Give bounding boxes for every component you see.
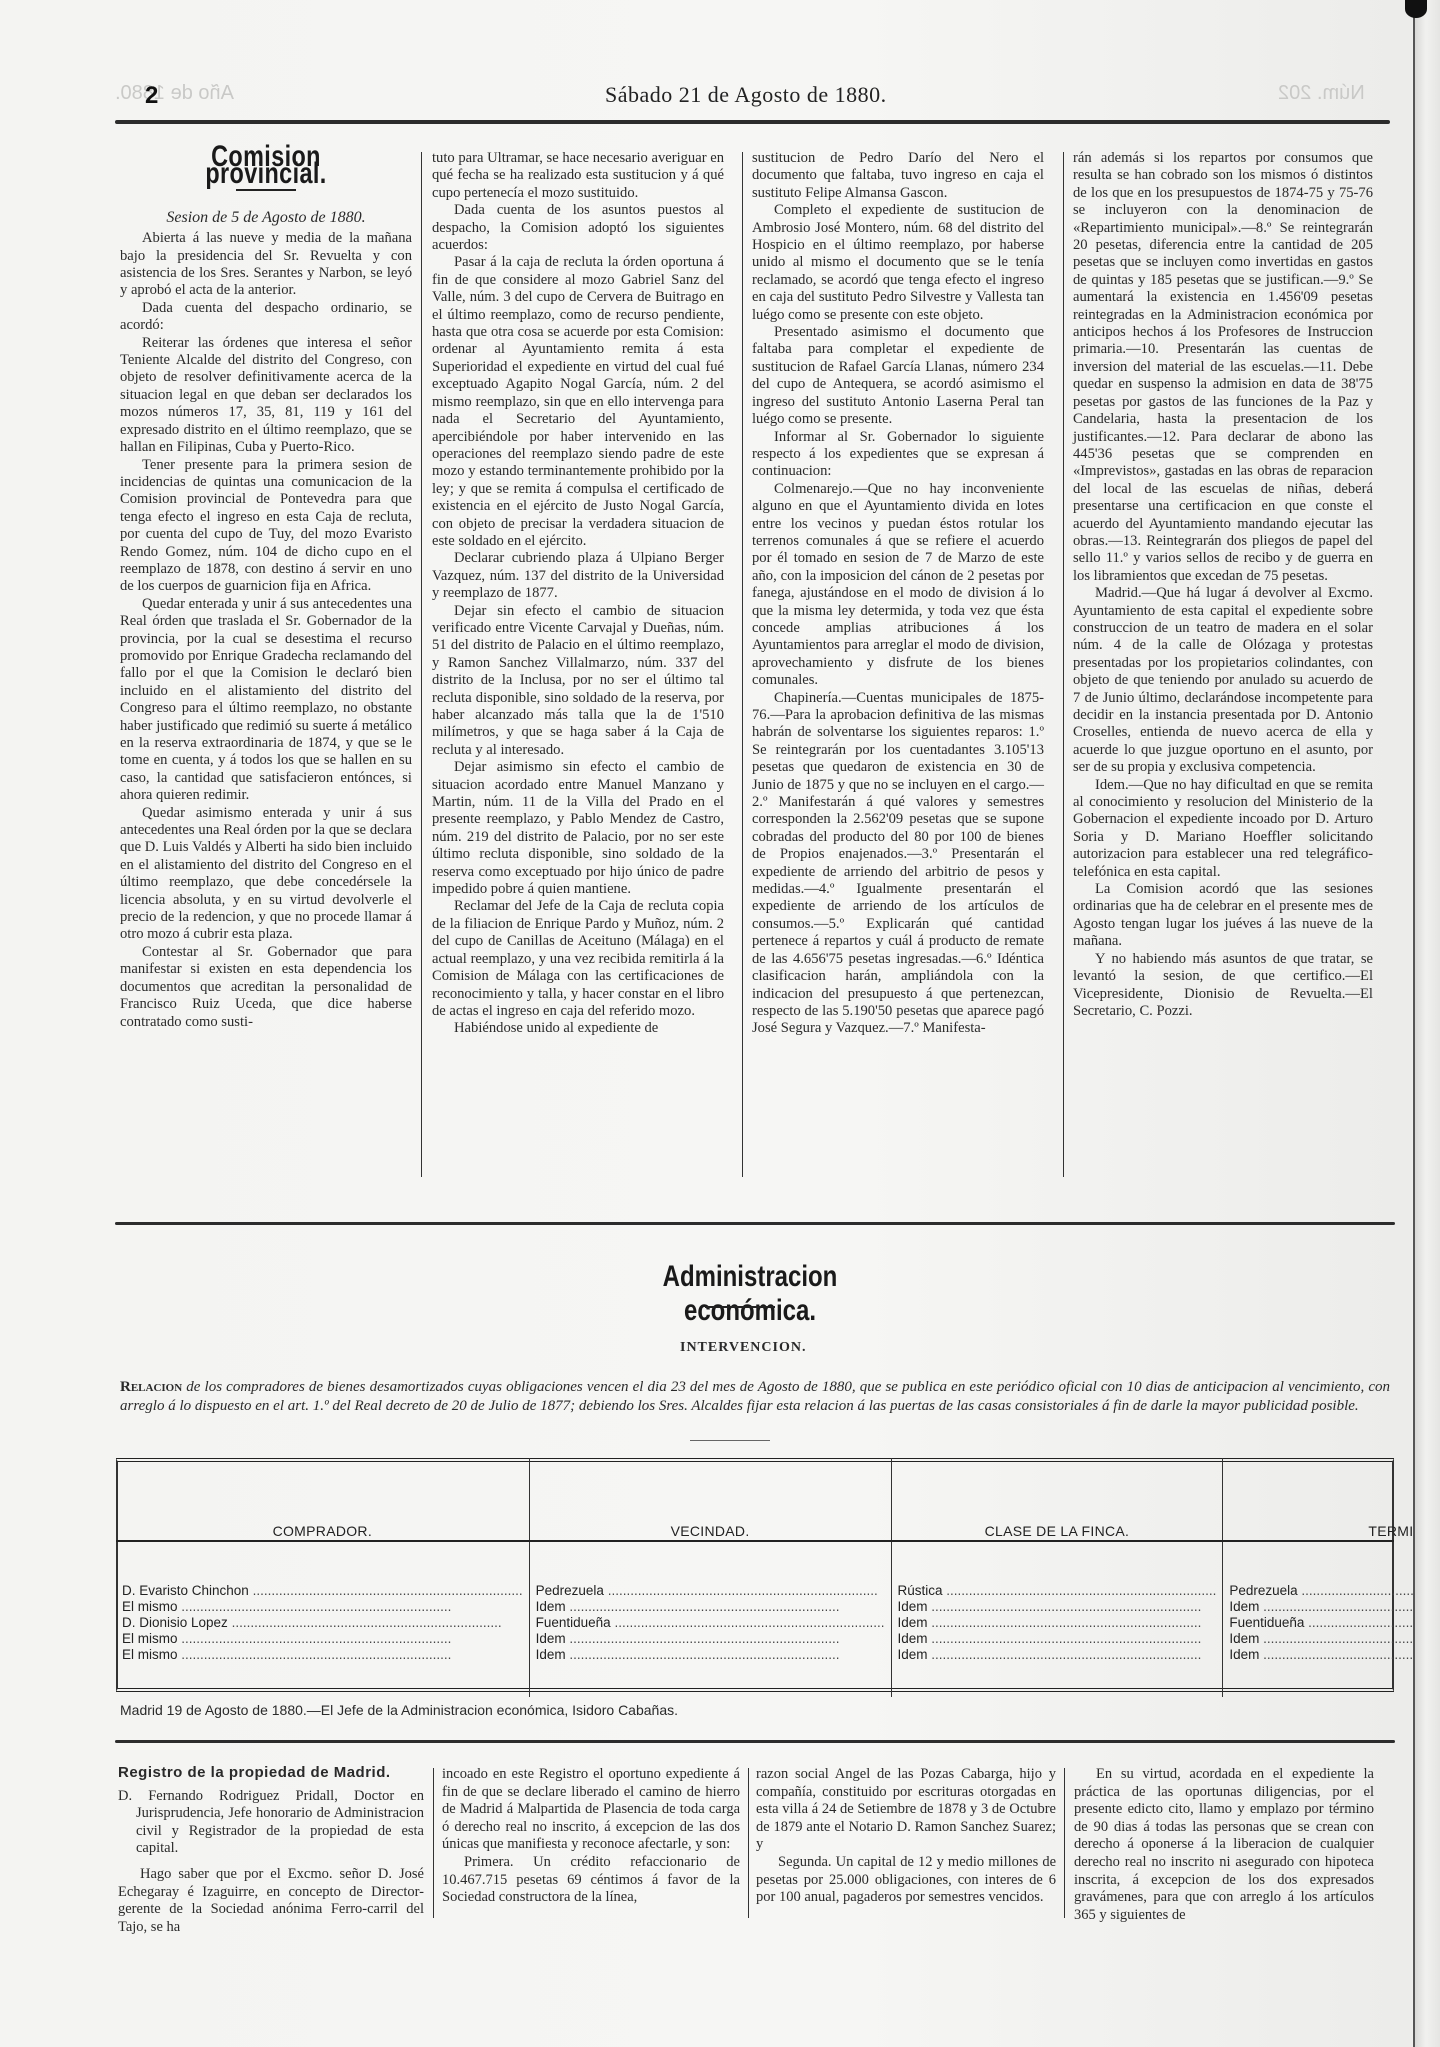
cell-vecindad: Idem: [529, 1599, 891, 1615]
cell-termino: Idem: [1223, 1599, 1440, 1615]
intervencion-subtitle: INTERVENCION.: [680, 1340, 806, 1356]
header-termino: TERMINO.: [1223, 1458, 1440, 1547]
column-divider: [1064, 1768, 1065, 1918]
table-header-row: COMPRADOR. VECINDAD. CLASE DE LA FINCA. …: [116, 1458, 1440, 1547]
cell-clase: Idem: [891, 1631, 1223, 1647]
show-through-year: Año de 1880.: [115, 82, 234, 105]
cell-comprador: El mismo: [116, 1647, 529, 1663]
issue-date: Sábado 21 de Agosto de 1880.: [605, 82, 887, 108]
paragraph: Tener presente para la primera sesion de…: [120, 457, 412, 596]
paragraph: Y no habiendo más asuntos de que tratar,…: [1073, 951, 1373, 1021]
paragraph: Primera. Un crédito refaccionario de 10.…: [442, 1854, 740, 1907]
paragraph: incoado en este Registro el oportuno exp…: [442, 1766, 740, 1854]
column-divider: [421, 152, 422, 1177]
paragraph: Abierta á las nueve y media de la mañana…: [120, 230, 412, 300]
paragraph: Dejar asimismo sin efecto el cambio de s…: [432, 759, 724, 898]
paragraph: Idem.—Que no hay dificultad en que se re…: [1073, 777, 1373, 881]
paragraph: rán además si los repartos por consumos …: [1073, 150, 1373, 585]
buyers-table: COMPRADOR. VECINDAD. CLASE DE LA FINCA. …: [116, 1458, 1440, 1697]
header-comprador: COMPRADOR.: [116, 1458, 529, 1547]
paragraph: Dada cuenta de los asuntos puestos al de…: [432, 202, 724, 254]
paragraph: Madrid.—Que há lugar á devolver al Excmo…: [1073, 585, 1373, 776]
paragraph: Quedar asimismo enterada y unir á sus an…: [120, 805, 412, 944]
paragraph: Informar al Sr. Gobernador lo siguiente …: [752, 429, 1044, 481]
paragraph: D. Fernando Rodriguez Pridall, Doctor en…: [118, 1788, 424, 1858]
administracion-title: Administracion económica.: [598, 1260, 902, 1328]
table-row: El mismo Idem Idem Idem Idem. 110'50: [116, 1647, 1440, 1663]
paragraph: Colmenarejo.—Que no hay inconveniente al…: [752, 481, 1044, 690]
registro-column-4: En su virtud, acordada en el expediente …: [1074, 1766, 1374, 1924]
registro-column-3: razon social Angel de las Pozas Cabarga,…: [756, 1766, 1056, 1907]
cell-termino: Idem: [1223, 1631, 1440, 1647]
cell-comprador: El mismo: [116, 1631, 529, 1647]
paragraph: Segunda. Un capital de 12 y medio millon…: [756, 1854, 1056, 1907]
registro-column-2: incoado en este Registro el oportuno exp…: [442, 1766, 740, 1907]
table-row: El mismo Idem Idem Idem Idem. 20'19: [116, 1599, 1440, 1615]
comision-column-1: Comision provincial. Sesion de 5 de Agos…: [120, 148, 412, 1031]
paragraph: Presentado asimismo el documento que fal…: [752, 324, 1044, 428]
header-vecindad: VECINDAD.: [529, 1458, 891, 1547]
cell-vecindad: Pedrezuela: [529, 1583, 891, 1599]
paragraph: razon social Angel de las Pozas Cabarga,…: [756, 1766, 1056, 1854]
cell-termino: Fuentidueña: [1223, 1615, 1440, 1631]
cell-vecindad: Fuentidueña: [529, 1615, 891, 1631]
cell-termino: Pedrezuela: [1223, 1583, 1440, 1599]
section-rule: [115, 1222, 1395, 1225]
binding-shadow: [1405, 0, 1427, 18]
session-heading: Sesion de 5 de Agosto de 1880.: [120, 209, 412, 226]
paragraph: Hago saber que por el Excmo. señor D. Jo…: [118, 1866, 424, 1936]
relacion-text: de los compradores de bienes desamortiza…: [120, 1379, 1390, 1414]
page-binding-edge: [1413, 0, 1440, 2047]
paragraph: tuto para Ultramar, se hace necesario av…: [432, 150, 724, 202]
paragraph: Contestar al Sr. Gobernador que para man…: [120, 944, 412, 1031]
page-header: Año de 1880. 2 Sábado 21 de Agosto de 18…: [115, 80, 1395, 110]
paragraph: sustitucion de Pedro Darío del Nero el d…: [752, 150, 1044, 202]
paragraph: Declarar cubriendo plaza á Ulpiano Berge…: [432, 550, 724, 602]
cell-clase: Idem: [891, 1615, 1223, 1631]
paragraph: Chapinería.—Cuentas municipales de 1875-…: [752, 690, 1044, 1038]
column-divider: [1063, 152, 1064, 1177]
column-divider: [433, 1768, 434, 1918]
cell-clase: Rústica: [891, 1583, 1223, 1599]
header-clase: CLASE DE LA FINCA.: [891, 1458, 1223, 1547]
paragraph: Reiterar las órdenes que interesa el señ…: [120, 335, 412, 457]
relacion-notice: Relacion de los compradores de bienes de…: [120, 1378, 1390, 1416]
paragraph: Reclamar del Jefe de la Caja de recluta …: [432, 898, 724, 1020]
column-divider: [748, 1768, 749, 1918]
separator: [690, 1440, 770, 1441]
cell-vecindad: Idem: [529, 1647, 891, 1663]
title-underline: [705, 1306, 775, 1308]
registro-column-1: Registro de la propiedad de Madrid. D. F…: [118, 1764, 424, 1936]
administracion-signature: Madrid 19 de Agosto de 1880.—El Jefe de …: [120, 1702, 678, 1718]
column-divider: [742, 152, 743, 1177]
comision-column-2: tuto para Ultramar, se hace necesario av…: [432, 150, 724, 1038]
cell-clase: Idem: [891, 1599, 1223, 1615]
comision-title: Comision provincial.: [152, 148, 380, 183]
paragraph: Habiéndose unido al expediente de: [432, 1020, 724, 1037]
comision-column-4: rán además si los repartos por consumos …: [1073, 150, 1373, 1020]
header-rule: [115, 120, 1390, 124]
show-through-issue-number: Núm. 202: [1278, 82, 1365, 105]
table-row: D. Dionisio Lopez Fuentidueña Idem Fuent…: [116, 1615, 1440, 1631]
table-header-rule: [116, 1540, 1394, 1542]
page-number: 2: [145, 82, 158, 110]
registro-title: Registro de la propiedad de Madrid.: [118, 1764, 424, 1782]
table-row: D. Evaristo Chinchon Pedrezuela Rústica …: [116, 1583, 1440, 1599]
cell-clase: Idem: [891, 1647, 1223, 1663]
cell-comprador: D. Evaristo Chinchon: [116, 1583, 529, 1599]
newspaper-page: Año de 1880. 2 Sábado 21 de Agosto de 18…: [0, 0, 1412, 2047]
paragraph: Completo el expediente de sustitucion de…: [752, 202, 1044, 324]
relacion-lead: Relacion: [120, 1379, 182, 1395]
paragraph: Pasar á la caja de recluta la órden opor…: [432, 254, 724, 550]
paragraph: Dada cuenta del despacho ordinario, se a…: [120, 300, 412, 335]
cell-comprador: D. Dionisio Lopez: [116, 1615, 529, 1631]
cell-termino: Idem: [1223, 1647, 1440, 1663]
section-rule: [115, 1740, 1395, 1743]
paragraph: En su virtud, acordada en el expediente …: [1074, 1766, 1374, 1924]
paragraph: Dejar sin efecto el cambio de situacion …: [432, 603, 724, 760]
paragraph: Quedar enterada y unir á sus antecedente…: [120, 596, 412, 805]
comision-column-3: sustitucion de Pedro Darío del Nero el d…: [752, 150, 1044, 1038]
cell-comprador: El mismo: [116, 1599, 529, 1615]
cell-vecindad: Idem: [529, 1631, 891, 1647]
table-row: El mismo Idem Idem Idem Idem. 16'25: [116, 1631, 1440, 1647]
paragraph: La Comision acordó que las sesiones ordi…: [1073, 881, 1373, 951]
